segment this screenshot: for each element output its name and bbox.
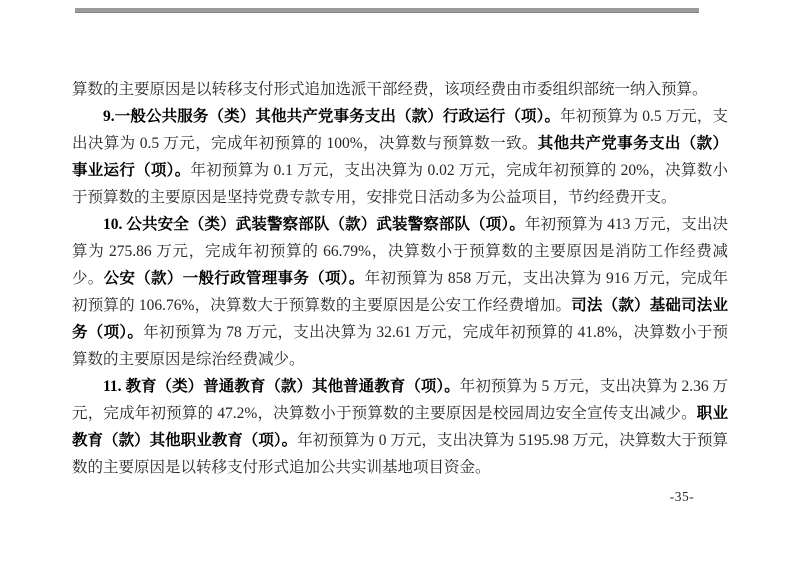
budget-item-heading: 10. 公共安全（类）武装警察部队（款）武装警察部队（项）。: [103, 216, 525, 233]
paragraph: 10. 公共安全（类）武装警察部队（款）武装警察部队（项）。年初预算为 413 …: [72, 211, 728, 373]
paragraph: 11. 教育（类）普通教育（款）其他普通教育（项）。年初预算为 5 万元，支出决…: [72, 373, 728, 481]
page-top-edge-line: [75, 8, 699, 13]
budget-item-heading: 11. 教育（类）普通教育（款）其他普通教育（项）。: [103, 378, 460, 395]
page-number: -35-: [658, 489, 706, 505]
paragraph: 9.一般公共服务（类）其他共产党事务支出（款）行政运行（项）。年初预算为 0.5…: [72, 103, 728, 211]
paragraph: 算数的主要原因是以转移支付形式追加选派干部经费，该项经费由市委组织部统一纳入预算…: [72, 76, 728, 103]
document-body: 算数的主要原因是以转移支付形式追加选派干部经费，该项经费由市委组织部统一纳入预算…: [72, 76, 728, 481]
budget-item-heading: 9.一般公共服务（类）其他共产党事务支出（款）行政运行（项）。: [103, 108, 560, 125]
text-run: 年初预算为 78 万元，支出决算为 32.61 万元，完成年初预算的 41.8%…: [72, 324, 728, 368]
text-run: 算数的主要原因是以转移支付形式追加选派干部经费，该项经费由市委组织部统一纳入预算…: [72, 81, 708, 98]
budget-item-heading: 公安（款）一般行政管理事务（项）。: [104, 270, 365, 287]
document-page: 算数的主要原因是以转移支付形式追加选派干部经费，该项经费由市委组织部统一纳入预算…: [0, 0, 800, 565]
